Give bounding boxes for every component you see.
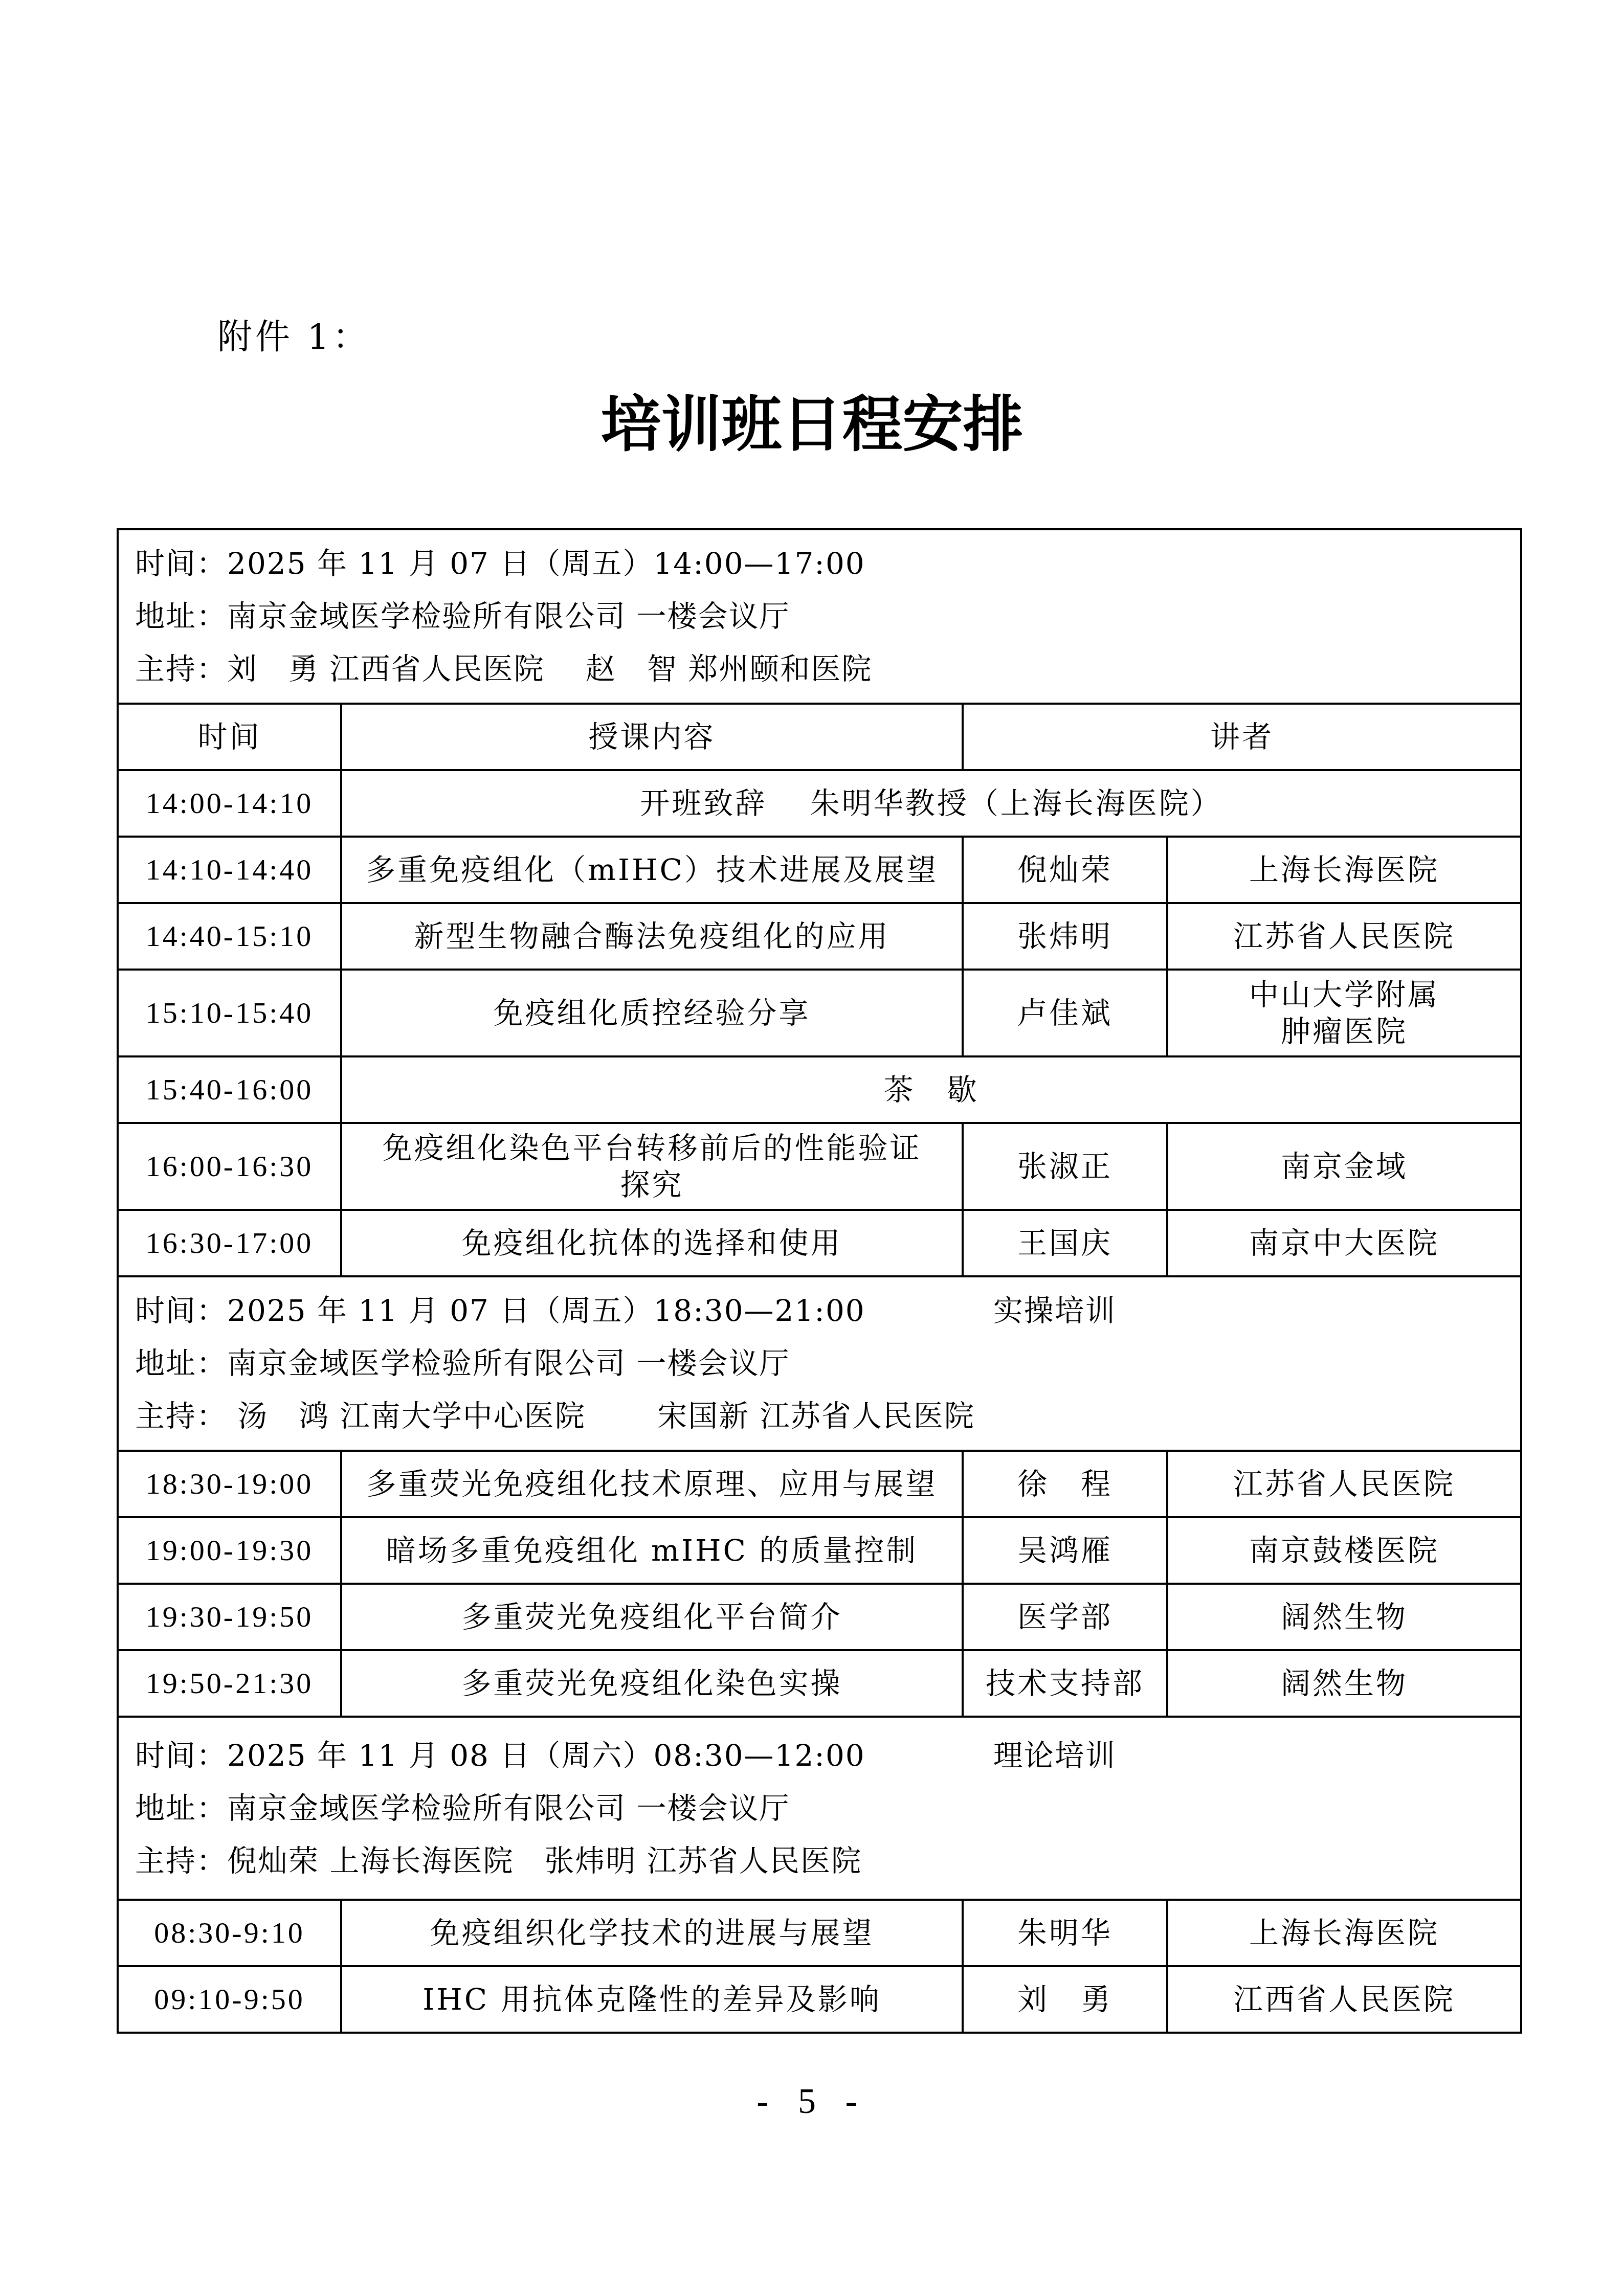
- row-org: 江苏省人民医院: [1167, 1451, 1521, 1517]
- row-time: 09:10-9:50: [118, 1966, 341, 2033]
- table-row: 15:10-15:40 免疫组化质控经验分享 卢佳斌 中山大学附属 肿瘤医院: [118, 970, 1521, 1056]
- row-speaker: 张炜明: [963, 903, 1167, 970]
- table-row-break: 15:40-16:00 茶 歇: [118, 1056, 1521, 1123]
- row-content-merged: 茶 歇: [341, 1056, 1521, 1123]
- column-header-content: 授课内容: [341, 704, 963, 770]
- table-row: 14:40-15:10 新型生物融合酶法免疫组化的应用 张炜明 江苏省人民医院: [118, 903, 1521, 970]
- row-speaker: 徐 程: [963, 1451, 1167, 1517]
- schedule-table: 时间：2025 年 11 月 07 日（周五）14:00—17:00 地址：南京…: [117, 528, 1522, 2034]
- page-number: - 5 -: [0, 2081, 1624, 2122]
- row-content: 免疫组化质控经验分享: [341, 970, 963, 1056]
- row-content: 免疫组化染色平台转移前后的性能验证 探究: [341, 1123, 963, 1210]
- session-time: 时间：2025 年 11 月 08 日（周六）08:30—12:00理论培训: [135, 1729, 1504, 1782]
- session-host: 主持：倪灿荣 上海长海医院 张炜明 江苏省人民医院: [135, 1835, 1504, 1887]
- row-time: 18:30-19:00: [118, 1451, 341, 1517]
- row-speaker: 刘 勇: [963, 1966, 1167, 2033]
- page-title: 培训班日程安排: [0, 376, 1624, 463]
- row-time: 19:50-21:30: [118, 1650, 341, 1717]
- row-time: 08:30-9:10: [118, 1900, 341, 1966]
- row-time: 15:10-15:40: [118, 970, 341, 1056]
- row-content: 多重荧光免疫组化平台简介: [341, 1584, 963, 1650]
- session-host: 主持：刘 勇 江西省人民医院 赵 智 郑州颐和医院: [135, 643, 1504, 695]
- row-content: 多重荧光免疫组化染色实操: [341, 1650, 963, 1717]
- table-row: 16:30-17:00 免疫组化抗体的选择和使用 王国庆 南京中大医院: [118, 1210, 1521, 1276]
- session-address: 地址：南京金域医学检验所有限公司 一楼会议厅: [135, 1782, 1504, 1835]
- session-info-1: 时间：2025 年 11 月 07 日（周五）14:00—17:00 地址：南京…: [118, 529, 1521, 704]
- session-address: 地址：南京金域医学检验所有限公司 一楼会议厅: [135, 1337, 1504, 1390]
- column-header-time: 时间: [118, 704, 341, 770]
- row-time: 14:00-14:10: [118, 770, 341, 837]
- row-org: 阔然生物: [1167, 1650, 1521, 1717]
- row-content: 新型生物融合酶法免疫组化的应用: [341, 903, 963, 970]
- row-speaker: 卢佳斌: [963, 970, 1167, 1056]
- row-time: 14:40-15:10: [118, 903, 341, 970]
- row-time: 16:30-17:00: [118, 1210, 341, 1276]
- row-org: 江西省人民医院: [1167, 1966, 1521, 2033]
- table-row: 18:30-19:00 多重荧光免疫组化技术原理、应用与展望 徐 程 江苏省人民…: [118, 1451, 1521, 1517]
- session-tag: 实操培训: [993, 1285, 1116, 1337]
- row-content: 多重免疫组化（mIHC）技术进展及展望: [341, 837, 963, 903]
- row-time: 19:30-19:50: [118, 1584, 341, 1650]
- row-content: IHC 用抗体克隆性的差异及影响: [341, 1966, 963, 2033]
- row-org: 南京中大医院: [1167, 1210, 1521, 1276]
- row-speaker: 技术支持部: [963, 1650, 1167, 1717]
- row-speaker: 倪灿荣: [963, 837, 1167, 903]
- table-row: 19:50-21:30 多重荧光免疫组化染色实操 技术支持部 阔然生物: [118, 1650, 1521, 1717]
- attachment-label: 附件 1：: [217, 309, 370, 359]
- row-org: 南京金域: [1167, 1123, 1521, 1210]
- session-info-3: 时间：2025 年 11 月 08 日（周六）08:30—12:00理论培训 地…: [118, 1717, 1521, 1900]
- session-host: 主持： 汤 鸿 江南大学中心医院 宋国新 江苏省人民医院: [135, 1390, 1504, 1443]
- row-speaker: 王国庆: [963, 1210, 1167, 1276]
- row-org: 江苏省人民医院: [1167, 903, 1521, 970]
- table-row: 14:00-14:10 开班致辞 朱明华教授（上海长海医院）: [118, 770, 1521, 837]
- session-time: 时间：2025 年 11 月 07 日（周五）18:30—21:00实操培训: [135, 1285, 1504, 1337]
- row-time: 19:00-19:30: [118, 1517, 341, 1584]
- row-org: 阔然生物: [1167, 1584, 1521, 1650]
- session-tag: 理论培训: [993, 1729, 1116, 1782]
- row-time: 14:10-14:40: [118, 837, 341, 903]
- row-speaker: 张淑正: [963, 1123, 1167, 1210]
- row-speaker: 医学部: [963, 1584, 1167, 1650]
- row-time: 16:00-16:30: [118, 1123, 341, 1210]
- table-row: 19:00-19:30 暗场多重免疫组化 mIHC 的质量控制 吴鸿雁 南京鼓楼…: [118, 1517, 1521, 1584]
- table-row: 16:00-16:30 免疫组化染色平台转移前后的性能验证 探究 张淑正 南京金…: [118, 1123, 1521, 1210]
- row-org: 上海长海医院: [1167, 1900, 1521, 1966]
- row-org: 中山大学附属 肿瘤医院: [1167, 970, 1521, 1056]
- row-speaker: 吴鸿雁: [963, 1517, 1167, 1584]
- table-row: 19:30-19:50 多重荧光免疫组化平台简介 医学部 阔然生物: [118, 1584, 1521, 1650]
- session-time: 时间：2025 年 11 月 07 日（周五）14:00—17:00: [135, 537, 1504, 590]
- table-row: 08:30-9:10 免疫组织化学技术的进展与展望 朱明华 上海长海医院: [118, 1900, 1521, 1966]
- row-content: 多重荧光免疫组化技术原理、应用与展望: [341, 1451, 963, 1517]
- row-content: 免疫组化抗体的选择和使用: [341, 1210, 963, 1276]
- row-org: 上海长海医院: [1167, 837, 1521, 903]
- row-time: 15:40-16:00: [118, 1056, 341, 1123]
- row-speaker: 朱明华: [963, 1900, 1167, 1966]
- row-content: 免疫组织化学技术的进展与展望: [341, 1900, 963, 1966]
- row-org: 南京鼓楼医院: [1167, 1517, 1521, 1584]
- row-content: 暗场多重免疫组化 mIHC 的质量控制: [341, 1517, 963, 1584]
- session-info-2: 时间：2025 年 11 月 07 日（周五）18:30—21:00实操培训 地…: [118, 1276, 1521, 1451]
- table-row: 09:10-9:50 IHC 用抗体克隆性的差异及影响 刘 勇 江西省人民医院: [118, 1966, 1521, 2033]
- column-header-row: 时间 授课内容 讲者: [118, 704, 1521, 770]
- table-row: 14:10-14:40 多重免疫组化（mIHC）技术进展及展望 倪灿荣 上海长海…: [118, 837, 1521, 903]
- session-address: 地址：南京金域医学检验所有限公司 一楼会议厅: [135, 590, 1504, 643]
- row-content-merged: 开班致辞 朱明华教授（上海长海医院）: [341, 770, 1521, 837]
- column-header-speaker: 讲者: [963, 704, 1521, 770]
